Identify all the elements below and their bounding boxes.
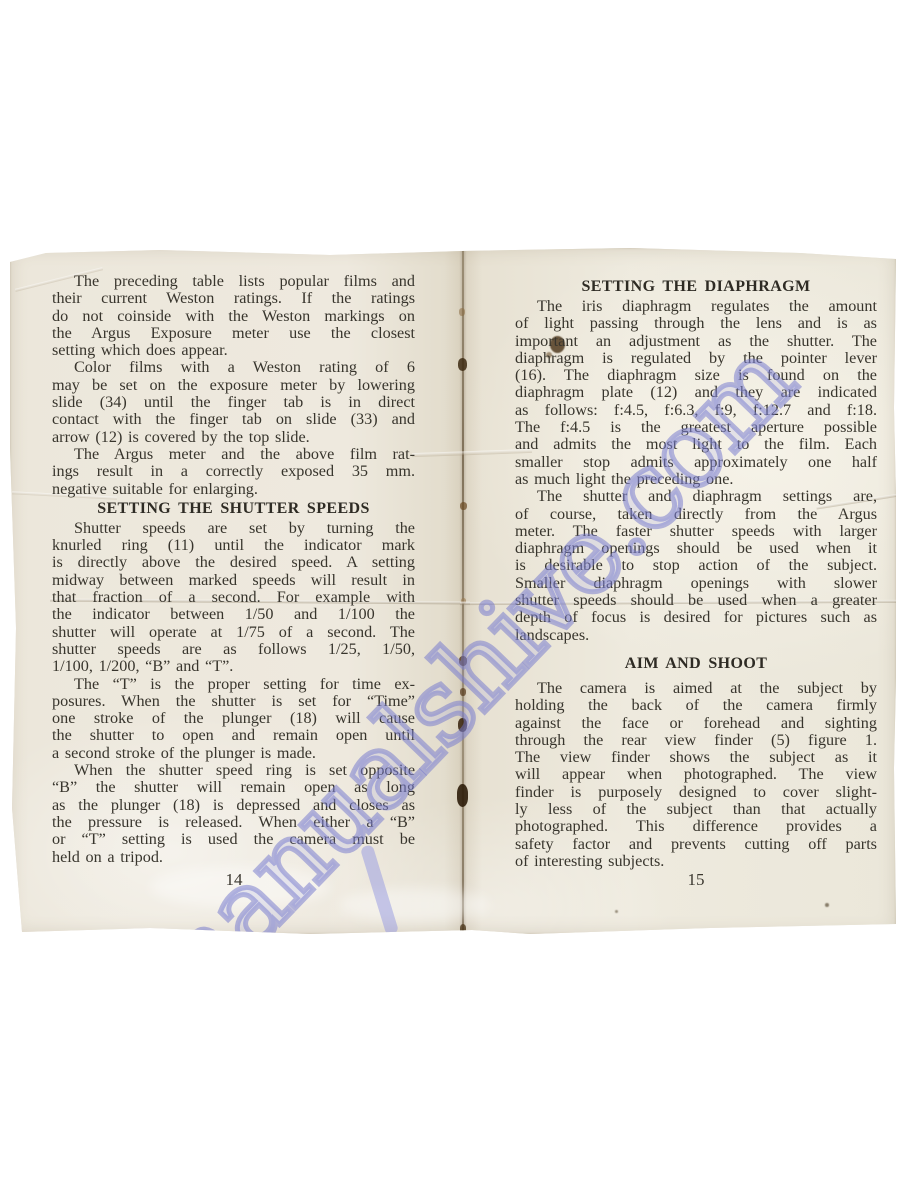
- text-line: of light passing through the lens and is…: [515, 315, 877, 332]
- section-heading: SETTING THE DIAPHRAGM: [515, 278, 877, 296]
- text-line: one stroke of the plunger (18) will caus…: [52, 710, 415, 727]
- text-line: as the plunger (18) is depressed and clo…: [52, 797, 415, 814]
- text-line: The shutter and diaphragm settings are,: [515, 488, 877, 505]
- text-line: The f:4.5 is the greatest aperture possi…: [515, 419, 877, 436]
- text-line: contact with the finger tab on slide (33…: [52, 411, 415, 428]
- text-line: ly less of the subject than that actuall…: [515, 801, 877, 818]
- text-line: photographed. This difference provides a: [515, 818, 877, 835]
- text-line: of interesting subjects.: [515, 853, 877, 870]
- text-line: Color films with a Weston rating of 6: [52, 359, 415, 376]
- text-line: The camera is aimed at the subject by: [515, 680, 877, 697]
- text-line: When the shutter speed ring is set oppos…: [52, 762, 415, 779]
- ink-stain: [615, 910, 618, 913]
- text-line: do not coinside with the Weston markings…: [52, 308, 415, 325]
- text-line: safety factor and prevents cutting off p…: [515, 836, 877, 853]
- text-line: as much light the preceding one.: [515, 471, 877, 488]
- text-line: Shutter speeds are set by turning the: [52, 520, 415, 537]
- text-line: meter. The faster shutter speeds with la…: [515, 523, 877, 540]
- fold-line: [462, 250, 464, 932]
- page-number-14: 14: [204, 870, 264, 890]
- section-heading: AIM AND SHOOT: [515, 655, 877, 673]
- text-line: through the rear view finder (5) figure …: [515, 732, 877, 749]
- text-line: The view finder shows the subject as it: [515, 749, 877, 766]
- fold-stitch-spot: [457, 784, 468, 807]
- text-line: is desirable to stop action of the subje…: [515, 557, 877, 574]
- paragraph: Shutter speeds are set by turning theknu…: [52, 520, 415, 676]
- text-line: The Argus meter and the above film rat-: [52, 446, 415, 463]
- paragraph: When the shutter speed ring is set oppos…: [52, 762, 415, 866]
- text-line: ings result in a correctly exposed 35 mm…: [52, 463, 415, 480]
- text-line: (16). The diaphragm size is found on the: [515, 367, 877, 384]
- text-line: smaller stop admits approximately one ha…: [515, 454, 877, 471]
- page-14-text-column: The preceding table lists popular films …: [52, 273, 415, 866]
- text-line: holding the back of the camera firmly: [515, 697, 877, 714]
- text-line: Smaller diaphragm openings with slower: [515, 575, 877, 592]
- text-line: will appear when photographed. The view: [515, 766, 877, 783]
- page-number-15: 15: [666, 870, 726, 890]
- screenshot-root: { "watermark": { "text": "manualshive.co…: [0, 0, 918, 1188]
- text-line: negative suitable for enlarging.: [52, 481, 415, 498]
- text-line: diaphragm plate (12) and they are indica…: [515, 384, 877, 401]
- text-line: 1/100, 1/200, “B” and “T”.: [52, 658, 415, 675]
- text-line: is directly above the desired speed. A s…: [52, 554, 415, 571]
- fold-stitch-spot: [460, 502, 467, 510]
- text-line: the Argus Exposure meter use the closest: [52, 325, 415, 342]
- text-line: finder is purposely designed to cover sl…: [515, 784, 877, 801]
- text-line: or “T” setting is used the camera must b…: [52, 831, 415, 848]
- text-line: shutter will operate at 1/75 of a second…: [52, 624, 415, 641]
- text-line: diaphragm is regulated by the pointer le…: [515, 350, 877, 367]
- fold-stitch-spot: [458, 718, 467, 732]
- fold-stitch-spot: [460, 688, 466, 696]
- text-line: against the face or forehead and sightin…: [515, 715, 877, 732]
- fold-stitch-spot: [461, 598, 466, 604]
- paper-blotch: [340, 888, 490, 922]
- text-line: important an adjustment as the shutter. …: [515, 333, 877, 350]
- text-line: their current Weston ratings. If the rat…: [52, 290, 415, 307]
- text-line: that fraction of a second. For example w…: [52, 589, 415, 606]
- text-line: the indicator between 1/50 and 1/100 the: [52, 606, 415, 623]
- ink-stain: [825, 903, 829, 907]
- paragraph: Color films with a Weston rating of 6may…: [52, 359, 415, 445]
- page-15-text-column: SETTING THE DIAPHRAGMThe iris diaphragm …: [515, 276, 877, 870]
- text-line: as follows: f:4.5, f:6.3, f:9, f:12.7 an…: [515, 402, 877, 419]
- paragraph: The iris diaphragm regulates the amounto…: [515, 298, 877, 488]
- text-line: diaphragm openings should be used when i…: [515, 540, 877, 557]
- text-line: arrow (12) is covered by the top slide.: [52, 429, 415, 446]
- fold-stitch-spot: [459, 308, 465, 316]
- text-line: slide (34) until the finger tab is in di…: [52, 394, 415, 411]
- text-line: shutter speeds are as follows 1/25, 1/50…: [52, 641, 415, 658]
- text-line: “B” the shutter will remain open as long: [52, 779, 415, 796]
- text-line: knurled ring (11) until the indicator ma…: [52, 537, 415, 554]
- text-line: shutter speeds should be used when a gre…: [515, 592, 877, 609]
- text-line: of course, taken directly from the Argus: [515, 506, 877, 523]
- paragraph: The “T” is the proper setting for time e…: [52, 676, 415, 762]
- text-line: may be set on the exposure meter by lowe…: [52, 377, 415, 394]
- text-line: The “T” is the proper setting for time e…: [52, 676, 415, 693]
- paragraph: The shutter and diaphragm settings are,o…: [515, 488, 877, 644]
- paragraph: The camera is aimed at the subject byhol…: [515, 680, 877, 870]
- text-line: depth of focus is desired for pictures s…: [515, 609, 877, 626]
- text-line: The iris diaphragm regulates the amount: [515, 298, 877, 315]
- text-line: held on a tripod.: [52, 849, 415, 866]
- text-line: setting which does appear.: [52, 342, 415, 359]
- text-line: the pressure is released. When either a …: [52, 814, 415, 831]
- text-line: a second stroke of the plunger is made.: [52, 745, 415, 762]
- paragraph: The preceding table lists popular films …: [52, 273, 415, 359]
- fold-stitch-spot: [460, 924, 466, 934]
- fold-stitch-spot: [459, 656, 467, 666]
- paragraph: The Argus meter and the above film rat-i…: [52, 446, 415, 498]
- text-line: posures. When the shutter is set for “Ti…: [52, 693, 415, 710]
- text-line: and admits the most light to the film. E…: [515, 436, 877, 453]
- fold-stitch-spot: [458, 358, 467, 371]
- text-line: The preceding table lists popular films …: [52, 273, 415, 290]
- text-line: landscapes.: [515, 627, 877, 644]
- scanned-booklet-spread: The preceding table lists popular films …: [10, 248, 896, 934]
- text-line: the shutter to open and remain open unti…: [52, 727, 415, 744]
- text-line: midway between marked speeds will result…: [52, 572, 415, 589]
- section-heading: SETTING THE SHUTTER SPEEDS: [52, 500, 415, 518]
